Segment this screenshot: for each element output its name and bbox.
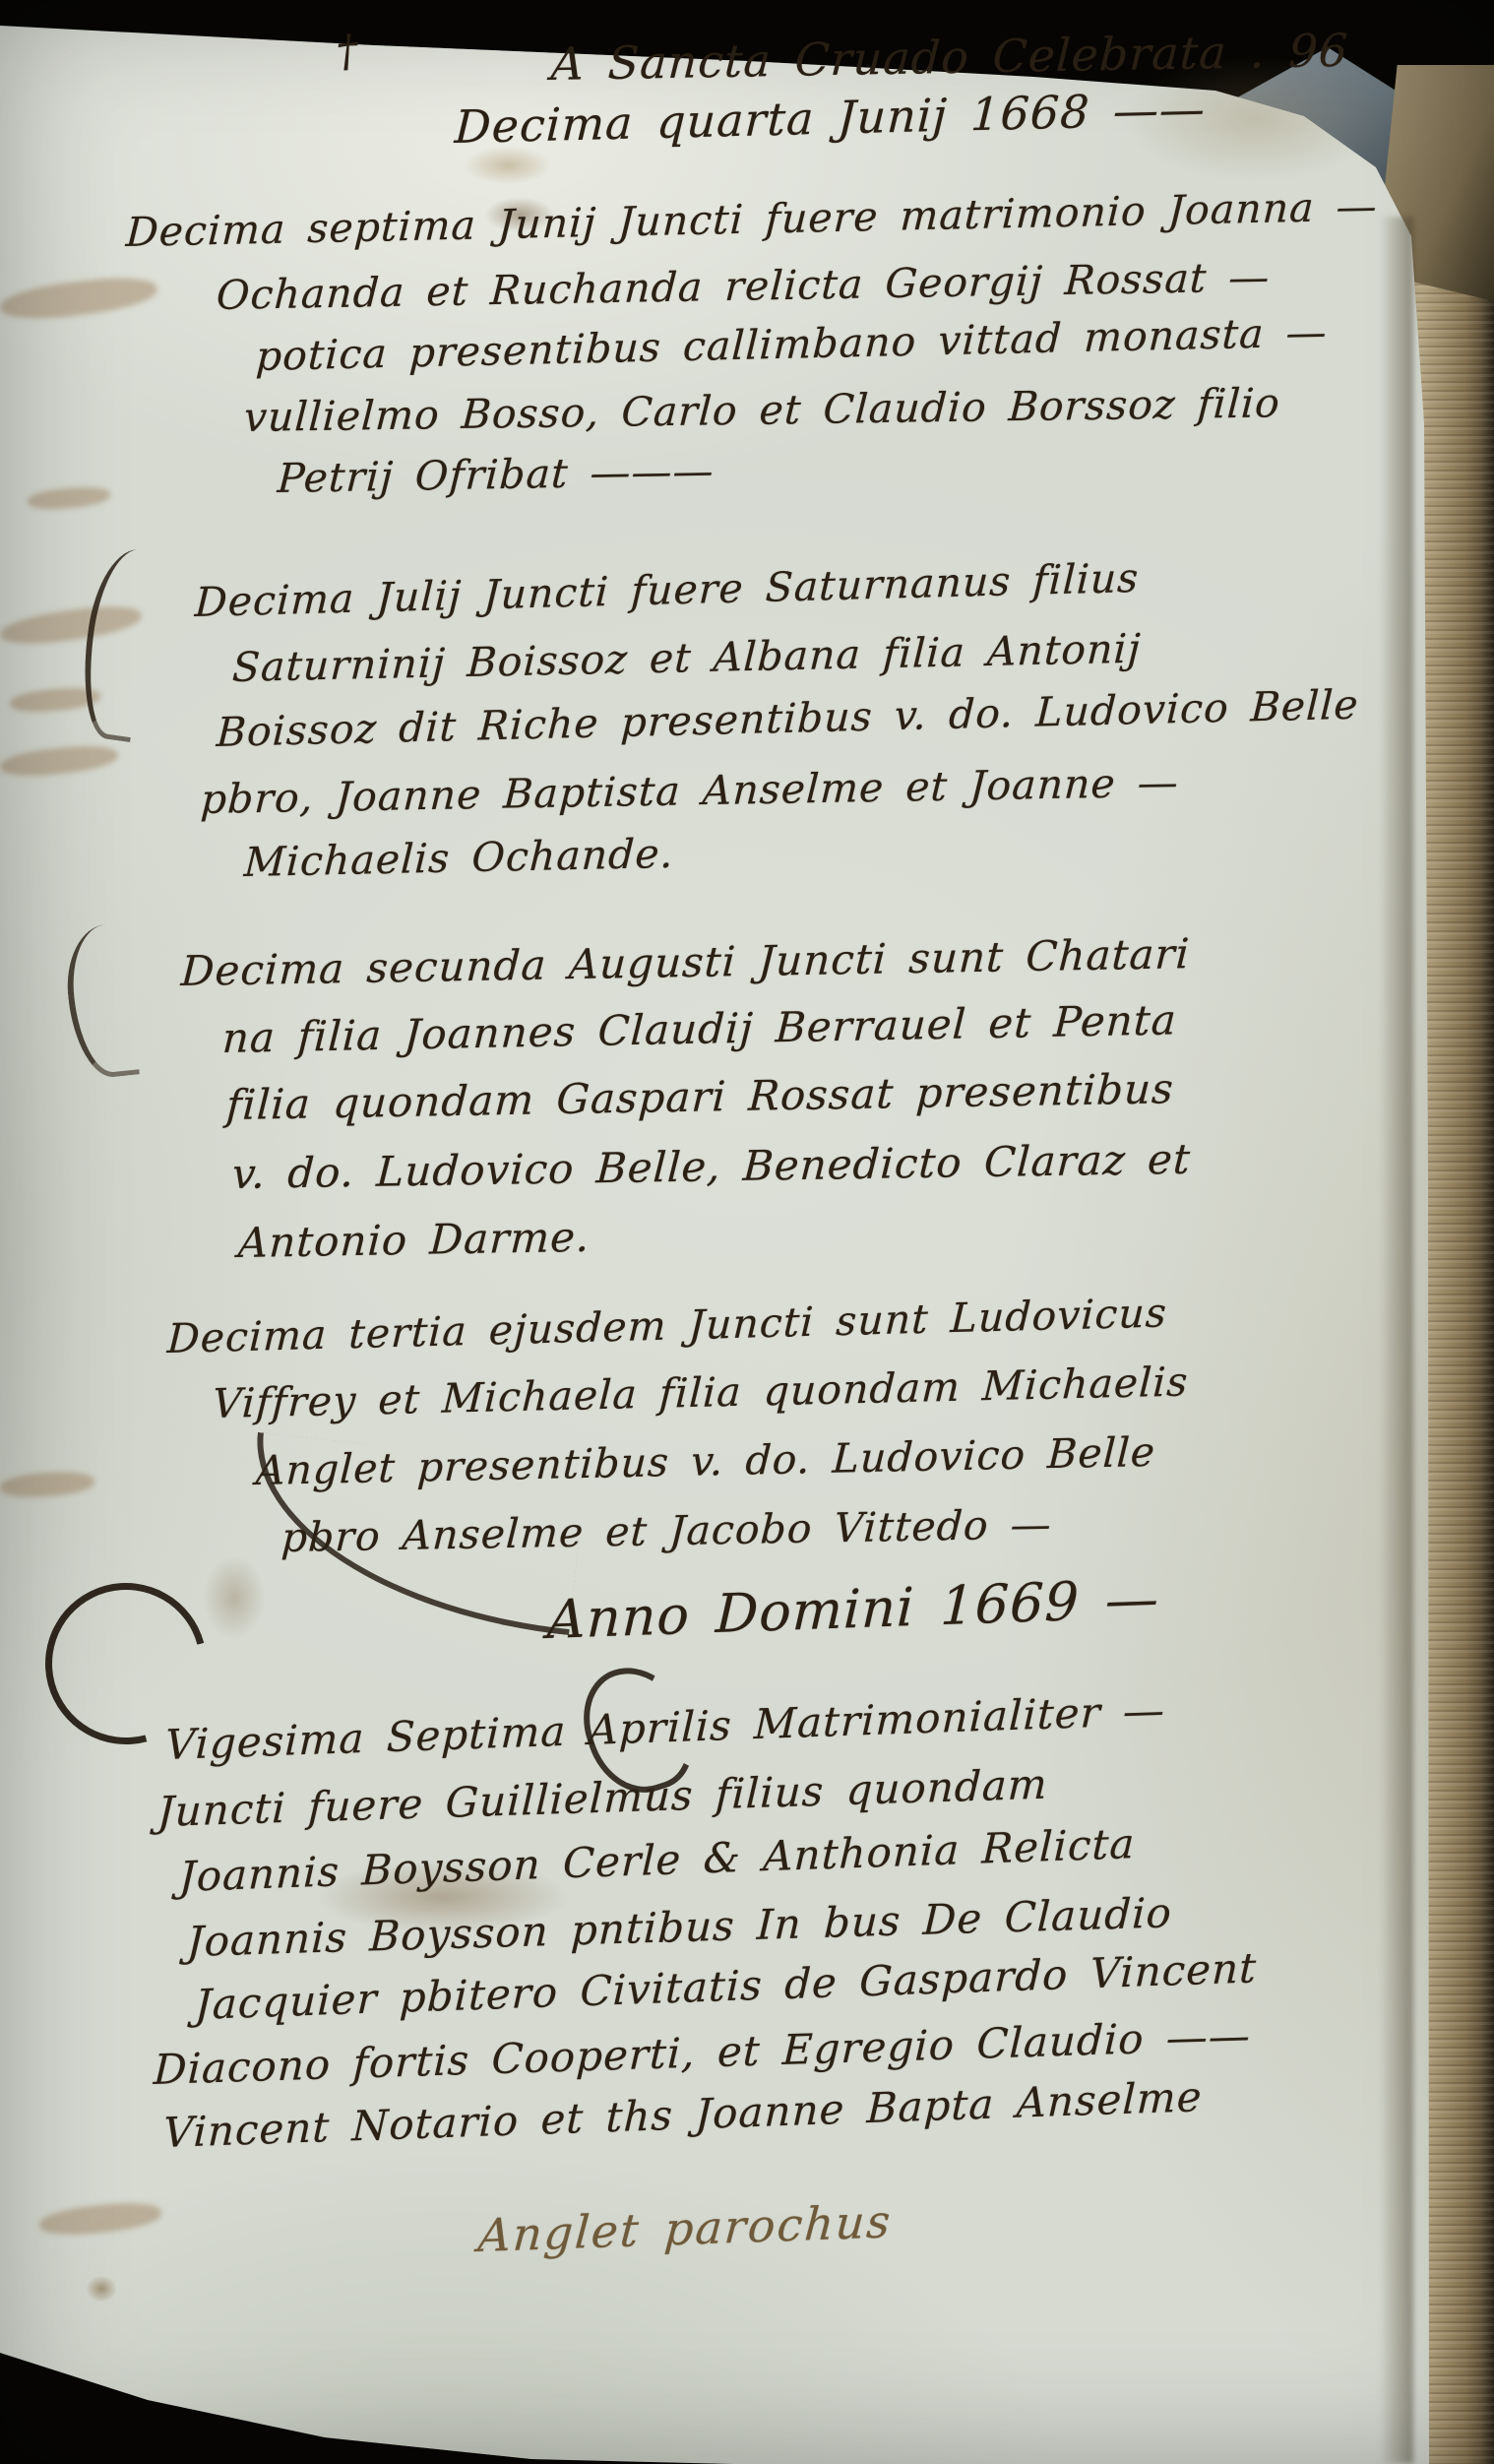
manuscript-photo: † A Sancta Cruado Celebrata . 96 Decima … (0, 0, 1494, 2464)
manuscript-line: Michaelis Ochande. (243, 830, 675, 886)
header-cross: † (334, 26, 361, 78)
header-title-line: A Sancta Cruado Celebrata . 96 (550, 24, 1350, 91)
page-curl-shadow (1380, 217, 1413, 2464)
manuscript-line: Petrij Ofribat ——— (277, 447, 716, 502)
manuscript-line: Antonio Darme. (237, 1213, 591, 1267)
